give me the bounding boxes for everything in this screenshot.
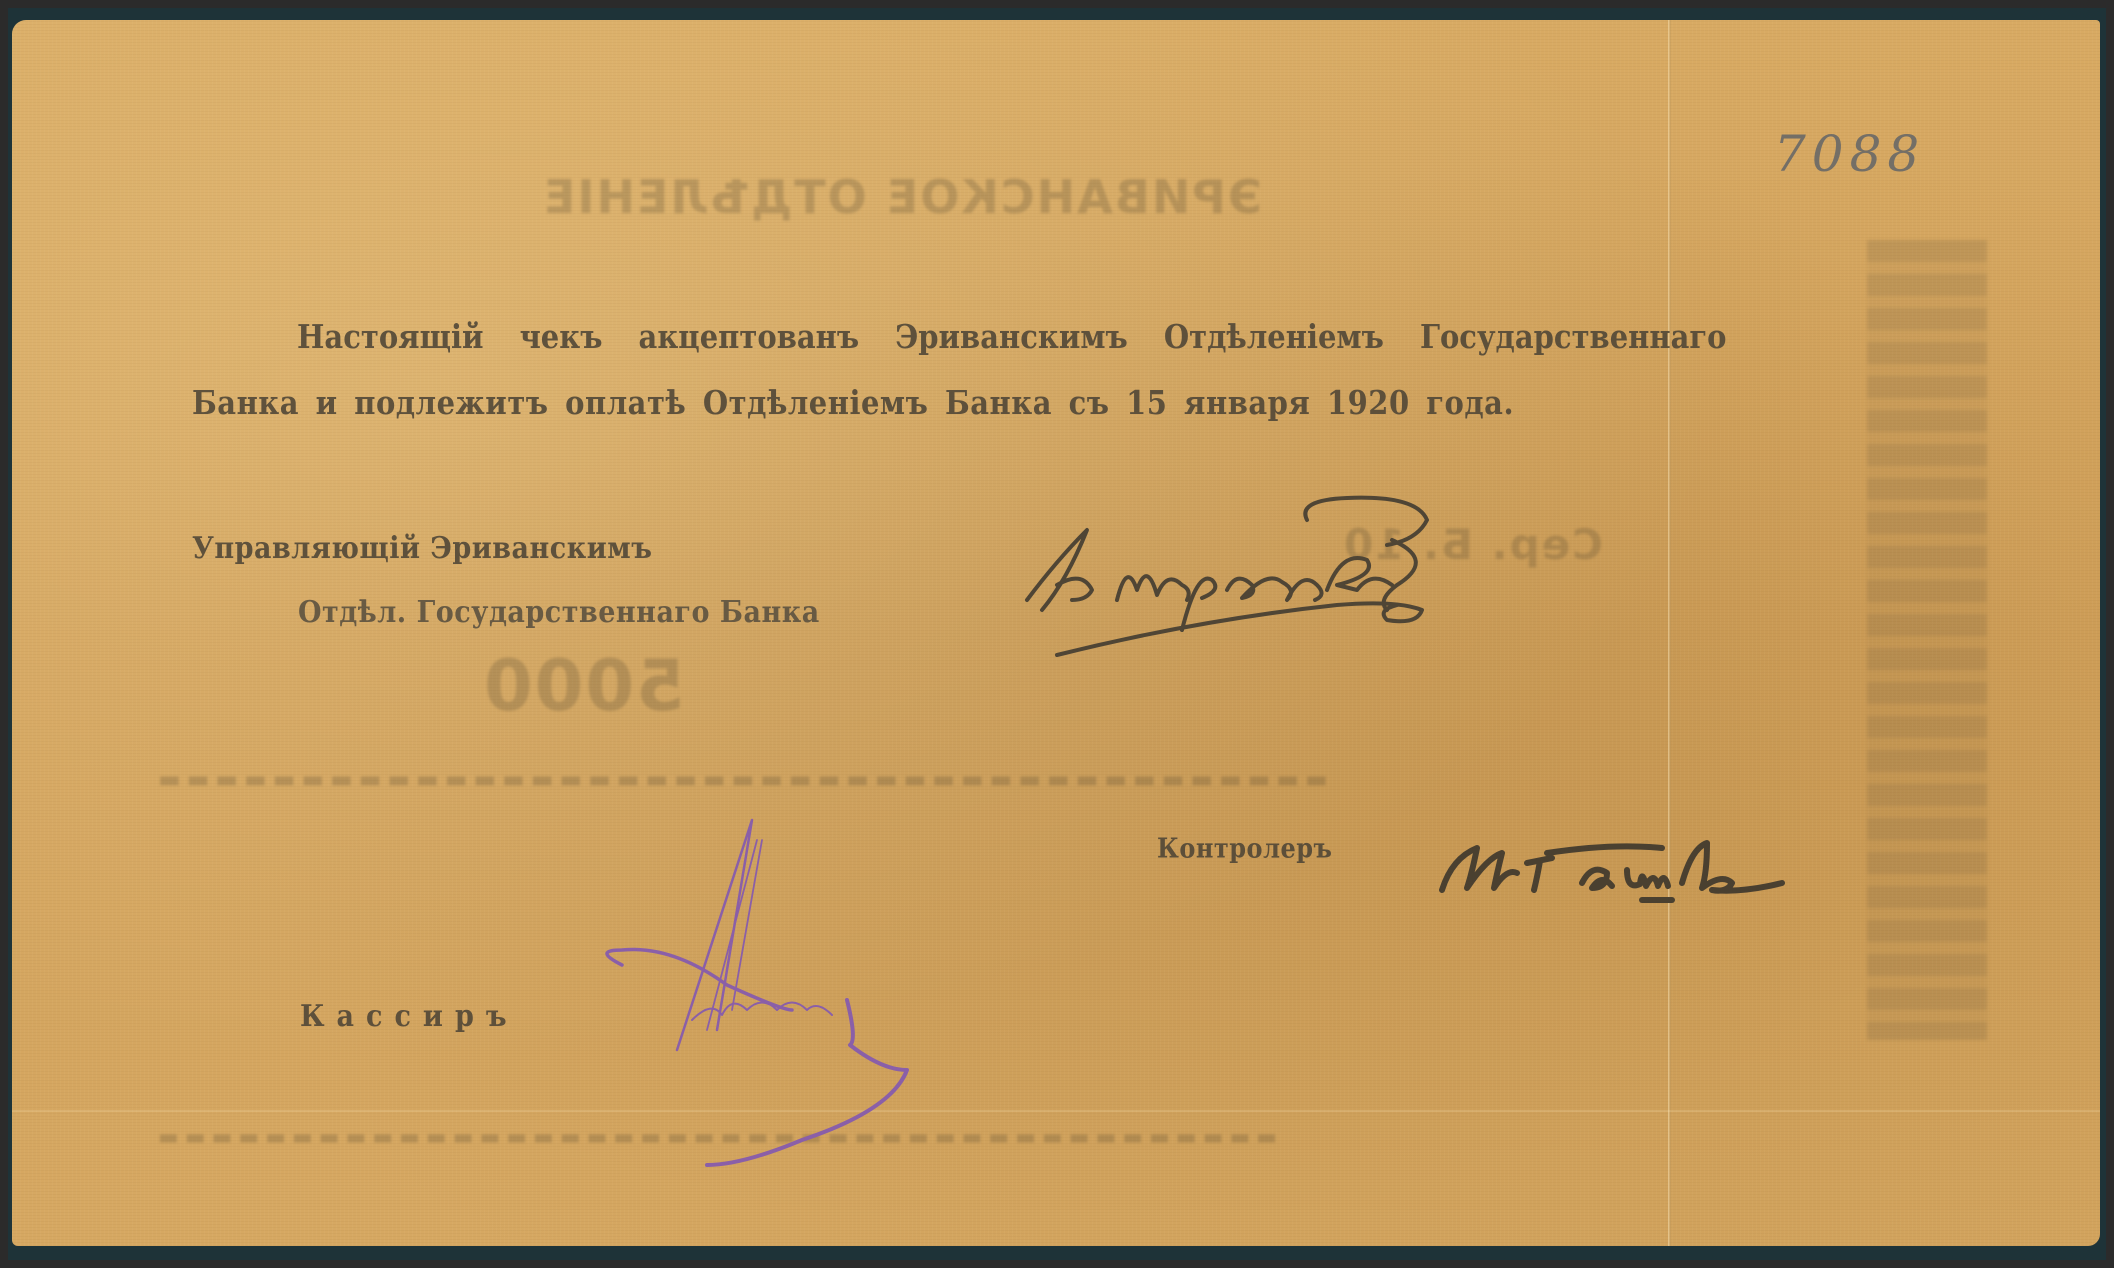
manager-signature: [997, 490, 1437, 690]
controller-title: Контролеръ: [1157, 832, 1332, 864]
cashier-signature: [552, 810, 1052, 1190]
manager-title-line-1: Управляющій Эриванскимъ: [192, 531, 652, 566]
handwritten-number: 7088: [1774, 125, 1925, 183]
body-text-line-2: Банка и подлежитъ оплатѣ Отдѣленіемъ Бан…: [192, 384, 1514, 422]
body-text-line-1: Настоящій чекъ акцептованъ Эриванскимъ О…: [297, 318, 1727, 356]
banknote-paper: ЭРИВАНСКОЕ ОТДѢЛЕНІЕ Сер. Б. 10 5000 ▬▬▬…: [12, 20, 2100, 1246]
horizontal-crease: [12, 1110, 2100, 1112]
bleed-through-text-line: ▬▬▬▬▬▬▬▬▬▬▬▬▬▬▬▬▬▬▬▬▬▬▬▬▬▬▬▬▬▬▬▬▬▬▬▬▬▬▬▬…: [152, 765, 1328, 793]
bleed-through-amount: 5000: [482, 645, 685, 727]
controller-signature: [1432, 828, 1872, 918]
cashier-title: Кассиръ: [300, 999, 519, 1034]
bleed-through-header: ЭРИВАНСКОЕ ОТДѢЛЕНІЕ: [542, 170, 1262, 224]
manager-title-line-2: Отдѣл. Государственнаго Банка: [298, 595, 820, 630]
vertical-fold-line: [1668, 20, 1671, 1246]
bleed-through-vertical-text: [1867, 240, 1987, 1040]
